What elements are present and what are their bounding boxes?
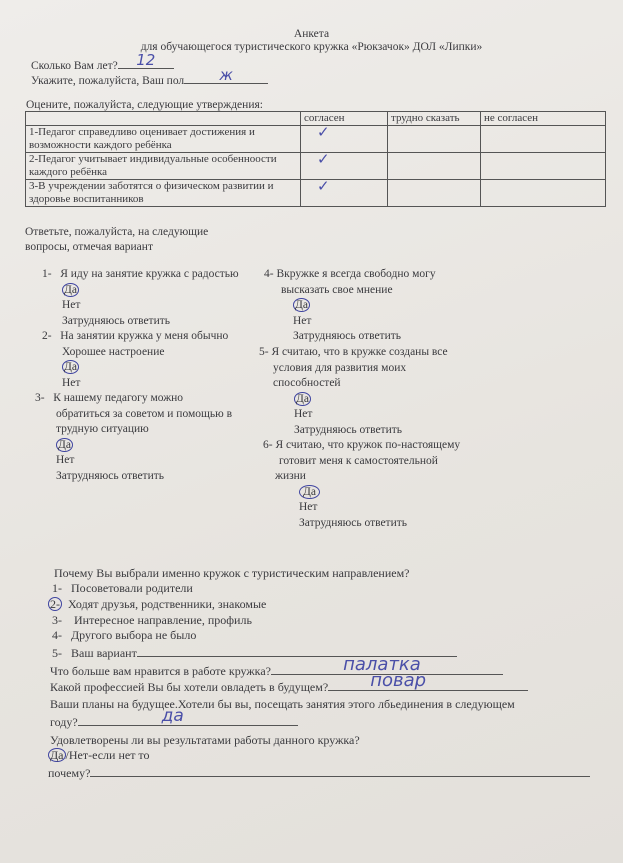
rating-cell-disagree[interactable] [481, 153, 606, 180]
gender-field: Укажите, пожалуйста, Ваш полж [31, 71, 268, 87]
question-text-cont: обратиться за советом и помощью в [56, 407, 232, 423]
questionnaire-page: Анкета для обучающегося туристического к… [0, 0, 623, 863]
rating-row: 2-Педагог учитывает индивидуальные особе… [26, 153, 606, 180]
option-no[interactable]: Нет [62, 376, 228, 392]
option-unsure[interactable]: Затрудняюсь ответить [56, 469, 232, 485]
question-text: Я считаю, что кружок по-настоящему [275, 439, 460, 451]
check-icon[interactable]: ✓ [301, 180, 388, 207]
option-yes-selected[interactable]: Да [299, 485, 320, 499]
plans-input[interactable]: да [78, 713, 298, 726]
question-3: 3- К нашему педагогу можно обратиться за… [35, 391, 232, 484]
rating-statement: 1-Педагог справедливо оценивает достижен… [26, 126, 301, 153]
question-number: 4- [264, 268, 274, 280]
rating-col-unsure: трудно сказать [388, 112, 481, 126]
rating-row: 3-В учреждении заботятся о физическом ра… [26, 180, 606, 207]
rating-col-disagree: не согласен [481, 112, 606, 126]
question-text: Вкружке я всегда свободно могу [276, 268, 435, 280]
why-option-2[interactable]: 2- Ходят друзья, родственники, знакомые [48, 597, 457, 613]
why-not-label: почему? [48, 766, 90, 780]
question-6: 6- Я считаю, что кружок по-настоящему го… [263, 438, 460, 531]
satisfied-field: Да/Нет-если нет то [48, 748, 150, 763]
option-yes-selected[interactable]: Да [293, 298, 310, 312]
why-option-1[interactable]: 1- Посоветовали родители [52, 581, 457, 597]
question-number: 2- [42, 330, 52, 342]
question-2: 2- На занятии кружка у меня обычно Хорош… [42, 329, 228, 391]
rating-col-agree: согласен [301, 112, 388, 126]
gender-value: ж [184, 68, 268, 83]
questions-prompt-line1: Ответьте, пожалуйста, на следующие [25, 225, 208, 240]
plans-field: году?да [50, 713, 298, 730]
why-option-4[interactable]: 4- Другого выбора не было [52, 628, 457, 644]
form-subtitle: для обучающегося туристического кружка «… [0, 41, 623, 53]
option-yes-selected[interactable]: Да [294, 392, 311, 406]
question-text-cont: способностей [273, 376, 448, 392]
question-5: 5- Я считаю, что в кружке созданы все ус… [259, 345, 448, 438]
age-input[interactable]: 12 [118, 56, 174, 69]
question-text-cont: высказать свое мнение [264, 283, 436, 299]
check-icon[interactable]: ✓ [301, 153, 388, 180]
question-1: 1- Я иду на занятие кружка с радостью Да… [42, 267, 239, 329]
question-text-cont: трудную ситуацию [56, 422, 232, 438]
age-field: Сколько Вам лет?12 [31, 56, 174, 72]
likes-label: Что больше вам нравится в работе кружка? [50, 664, 271, 678]
option-unsure[interactable]: Затрудняюсь ответить [62, 314, 239, 330]
question-text-cont: условия для развития моих [273, 361, 448, 377]
rating-cell-disagree[interactable] [481, 180, 606, 207]
option-unsure[interactable]: Затрудняюсь ответить [294, 423, 448, 439]
question-4: 4- Вкружке я всегда свободно могу высказ… [264, 267, 436, 345]
option-no[interactable]: Нет [293, 314, 436, 330]
rating-cell-disagree[interactable] [481, 126, 606, 153]
satisfied-yes-selected[interactable]: Да [48, 748, 66, 762]
questions-prompt: Ответьте, пожалуйста, на следующие вопро… [25, 225, 208, 255]
question-number: 5- [259, 346, 269, 358]
option-yes-selected[interactable]: Да [62, 360, 79, 374]
question-text: Я иду на занятие кружка с радостью [60, 268, 238, 280]
rating-cell-unsure[interactable] [388, 126, 481, 153]
option-no[interactable]: Нет [56, 453, 232, 469]
why-option-3[interactable]: 3- Интересное направление, профиль [52, 613, 457, 629]
why-question: Почему Вы выбрали именно кружок с турист… [54, 566, 409, 581]
rating-row: 1-Педагог справедливо оценивает достижен… [26, 126, 606, 153]
question-text-cont: Хорошее настроение [62, 345, 228, 361]
option-no[interactable]: Нет [62, 298, 239, 314]
why-not-field: почему? [48, 764, 590, 781]
question-number: 1- [42, 268, 52, 280]
satisfied-label: Удовлетворены ли вы результатами работы … [50, 733, 360, 748]
form-title: Анкета [0, 28, 623, 40]
why-not-input[interactable] [90, 764, 590, 777]
why-options: 1- Посоветовали родители 2- Ходят друзья… [52, 581, 457, 662]
questions-prompt-line2: вопросы, отмечая вариант [25, 240, 208, 255]
rating-statement: 3-В учреждении заботятся о физическом ра… [26, 180, 301, 207]
question-text-cont: готовит меня к самостоятельной [263, 454, 460, 470]
question-text: На занятии кружка у меня обычно [60, 330, 228, 342]
plans-value: да [48, 708, 298, 725]
question-text: Я считаю, что в кружке созданы все [271, 346, 447, 358]
option-no[interactable]: Нет [299, 500, 460, 516]
rating-cell-unsure[interactable] [388, 180, 481, 207]
option-unsure[interactable]: Затрудняюсь ответить [299, 516, 460, 532]
rating-cell-unsure[interactable] [388, 153, 481, 180]
profession-field: Какой профессией Вы бы хотели овладеть в… [50, 678, 528, 695]
rating-prompt: Оцените, пожалуйста, следующие утвержден… [26, 99, 263, 111]
option-yes-selected[interactable]: Да [56, 438, 73, 452]
rating-statement: 2-Педагог учитывает индивидуальные особе… [26, 153, 301, 180]
profession-input[interactable]: повар [328, 678, 528, 691]
question-number: 6- [263, 439, 273, 451]
option-no[interactable]: Нет [294, 407, 448, 423]
gender-label: Укажите, пожалуйста, Ваш пол [31, 75, 184, 87]
check-icon[interactable]: ✓ [301, 126, 388, 153]
why-option-2-selected: 2- [48, 597, 62, 611]
gender-input[interactable]: ж [184, 71, 268, 84]
option-yes-selected[interactable]: Да [62, 283, 79, 297]
profession-value: повар [268, 672, 528, 690]
age-value: 12 [118, 53, 174, 68]
satisfied-rest[interactable]: /Нет-если нет то [66, 748, 150, 762]
question-number: 3- [35, 392, 45, 404]
rating-table: согласен трудно сказать не согласен 1-Пе… [25, 111, 606, 207]
option-unsure[interactable]: Затрудняюсь ответить [293, 329, 436, 345]
question-text-cont: жизни [263, 469, 460, 485]
rating-col-statement [26, 112, 301, 126]
question-text: К нашему педагогу можно [53, 392, 183, 404]
